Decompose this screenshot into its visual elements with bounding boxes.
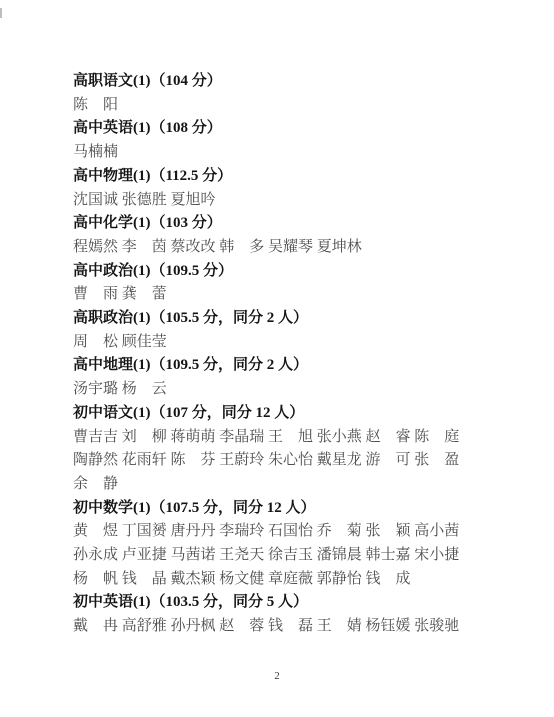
section-chuzhong-shuxue: 初中数学(1)（107.5 分，同分 12 人） 黄 煜 丁国赟 唐丹丹 李瑞玲… bbox=[73, 497, 524, 592]
section-gaozhong-wuli: 高中物理(1)（112.5 分） 沈国诚 张德胜 夏旭吟 bbox=[73, 165, 524, 212]
names-line: 杨 帆 钱 晶 戴杰颖 杨文健 章庭薇 郭静怡 钱 成 bbox=[73, 568, 524, 592]
names-line: 黄 煜 丁国赟 唐丹丹 李瑞玲 石国怡 乔 菊 张 颖 高小茜 bbox=[73, 520, 524, 544]
names-line: 孙永成 卢亚捷 马茜诺 王尧天 徐吉玉 潘锦晨 韩士嘉 宋小捷 bbox=[73, 544, 524, 568]
section-chuzhong-yingyu: 初中英语(1)（103.5 分，同分 5 人） 戴 冉 高舒雅 孙丹枫 赵 蓉 … bbox=[73, 591, 524, 638]
section-gaozhong-yingyu: 高中英语(1)（108 分） 马楠楠 bbox=[73, 117, 524, 164]
names-line: 程嫣然 李 茵 蔡改改 韩 多 吴耀琴 夏坤林 bbox=[73, 236, 524, 260]
section-heading: 初中语文(1)（107 分，同分 12 人） bbox=[73, 402, 524, 426]
section-heading: 高中英语(1)（108 分） bbox=[73, 117, 524, 141]
section-gaozhong-zhengzhi: 高中政治(1)（109.5 分） 曹 雨 龚 蕾 bbox=[73, 260, 524, 307]
names-line: 周 松 顾佳莹 bbox=[73, 331, 524, 355]
section-gaozhong-huaxue: 高中化学(1)（103 分） 程嫣然 李 茵 蔡改改 韩 多 吴耀琴 夏坤林 bbox=[73, 212, 524, 259]
section-heading: 初中英语(1)（103.5 分，同分 5 人） bbox=[73, 591, 524, 615]
section-heading: 高中政治(1)（109.5 分） bbox=[73, 260, 524, 284]
names-line: 戴 冉 高舒雅 孙丹枫 赵 蓉 钱 磊 王 婧 杨钰媛 张骏驰 bbox=[73, 615, 524, 639]
page-number: 2 bbox=[0, 669, 554, 683]
names-line: 汤宇璐 杨 云 bbox=[73, 378, 524, 402]
document-page: 高职语文(1)（104 分） 陈 阳 高中英语(1)（108 分） 马楠楠 高中… bbox=[0, 0, 554, 717]
names-line: 余 静 bbox=[73, 473, 524, 497]
section-chuzhong-yuwen: 初中语文(1)（107 分，同分 12 人） 曹吉吉 刘 柳 蒋萌萌 李晶瑞 王… bbox=[73, 402, 524, 497]
section-gaozhi-zhengzhi: 高职政治(1)（105.5 分，同分 2 人） 周 松 顾佳莹 bbox=[73, 307, 524, 354]
section-heading: 高中地理(1)（109.5 分，同分 2 人） bbox=[73, 354, 524, 378]
section-heading: 高中化学(1)（103 分） bbox=[73, 212, 524, 236]
names-line: 马楠楠 bbox=[73, 141, 524, 165]
names-line: 陈 阳 bbox=[73, 94, 524, 118]
names-line: 陶静然 花雨轩 陈 芬 王蔚玲 朱心怡 戴星龙 游 可 张 盈 bbox=[73, 449, 524, 473]
section-heading: 高职政治(1)（105.5 分，同分 2 人） bbox=[73, 307, 524, 331]
names-line: 沈国诚 张德胜 夏旭吟 bbox=[73, 189, 524, 213]
section-gaozhi-yuwen: 高职语文(1)（104 分） 陈 阳 bbox=[73, 70, 524, 117]
section-heading: 初中数学(1)（107.5 分，同分 12 人） bbox=[73, 497, 524, 521]
section-heading: 高职语文(1)（104 分） bbox=[73, 70, 524, 94]
names-line: 曹 雨 龚 蕾 bbox=[73, 283, 524, 307]
names-line: 曹吉吉 刘 柳 蒋萌萌 李晶瑞 王 旭 张小燕 赵 睿 陈 庭 bbox=[73, 426, 524, 450]
scan-artifact bbox=[0, 8, 2, 18]
document-body: 高职语文(1)（104 分） 陈 阳 高中英语(1)（108 分） 马楠楠 高中… bbox=[73, 70, 524, 639]
section-heading: 高中物理(1)（112.5 分） bbox=[73, 165, 524, 189]
section-gaozhong-dili: 高中地理(1)（109.5 分，同分 2 人） 汤宇璐 杨 云 bbox=[73, 354, 524, 401]
